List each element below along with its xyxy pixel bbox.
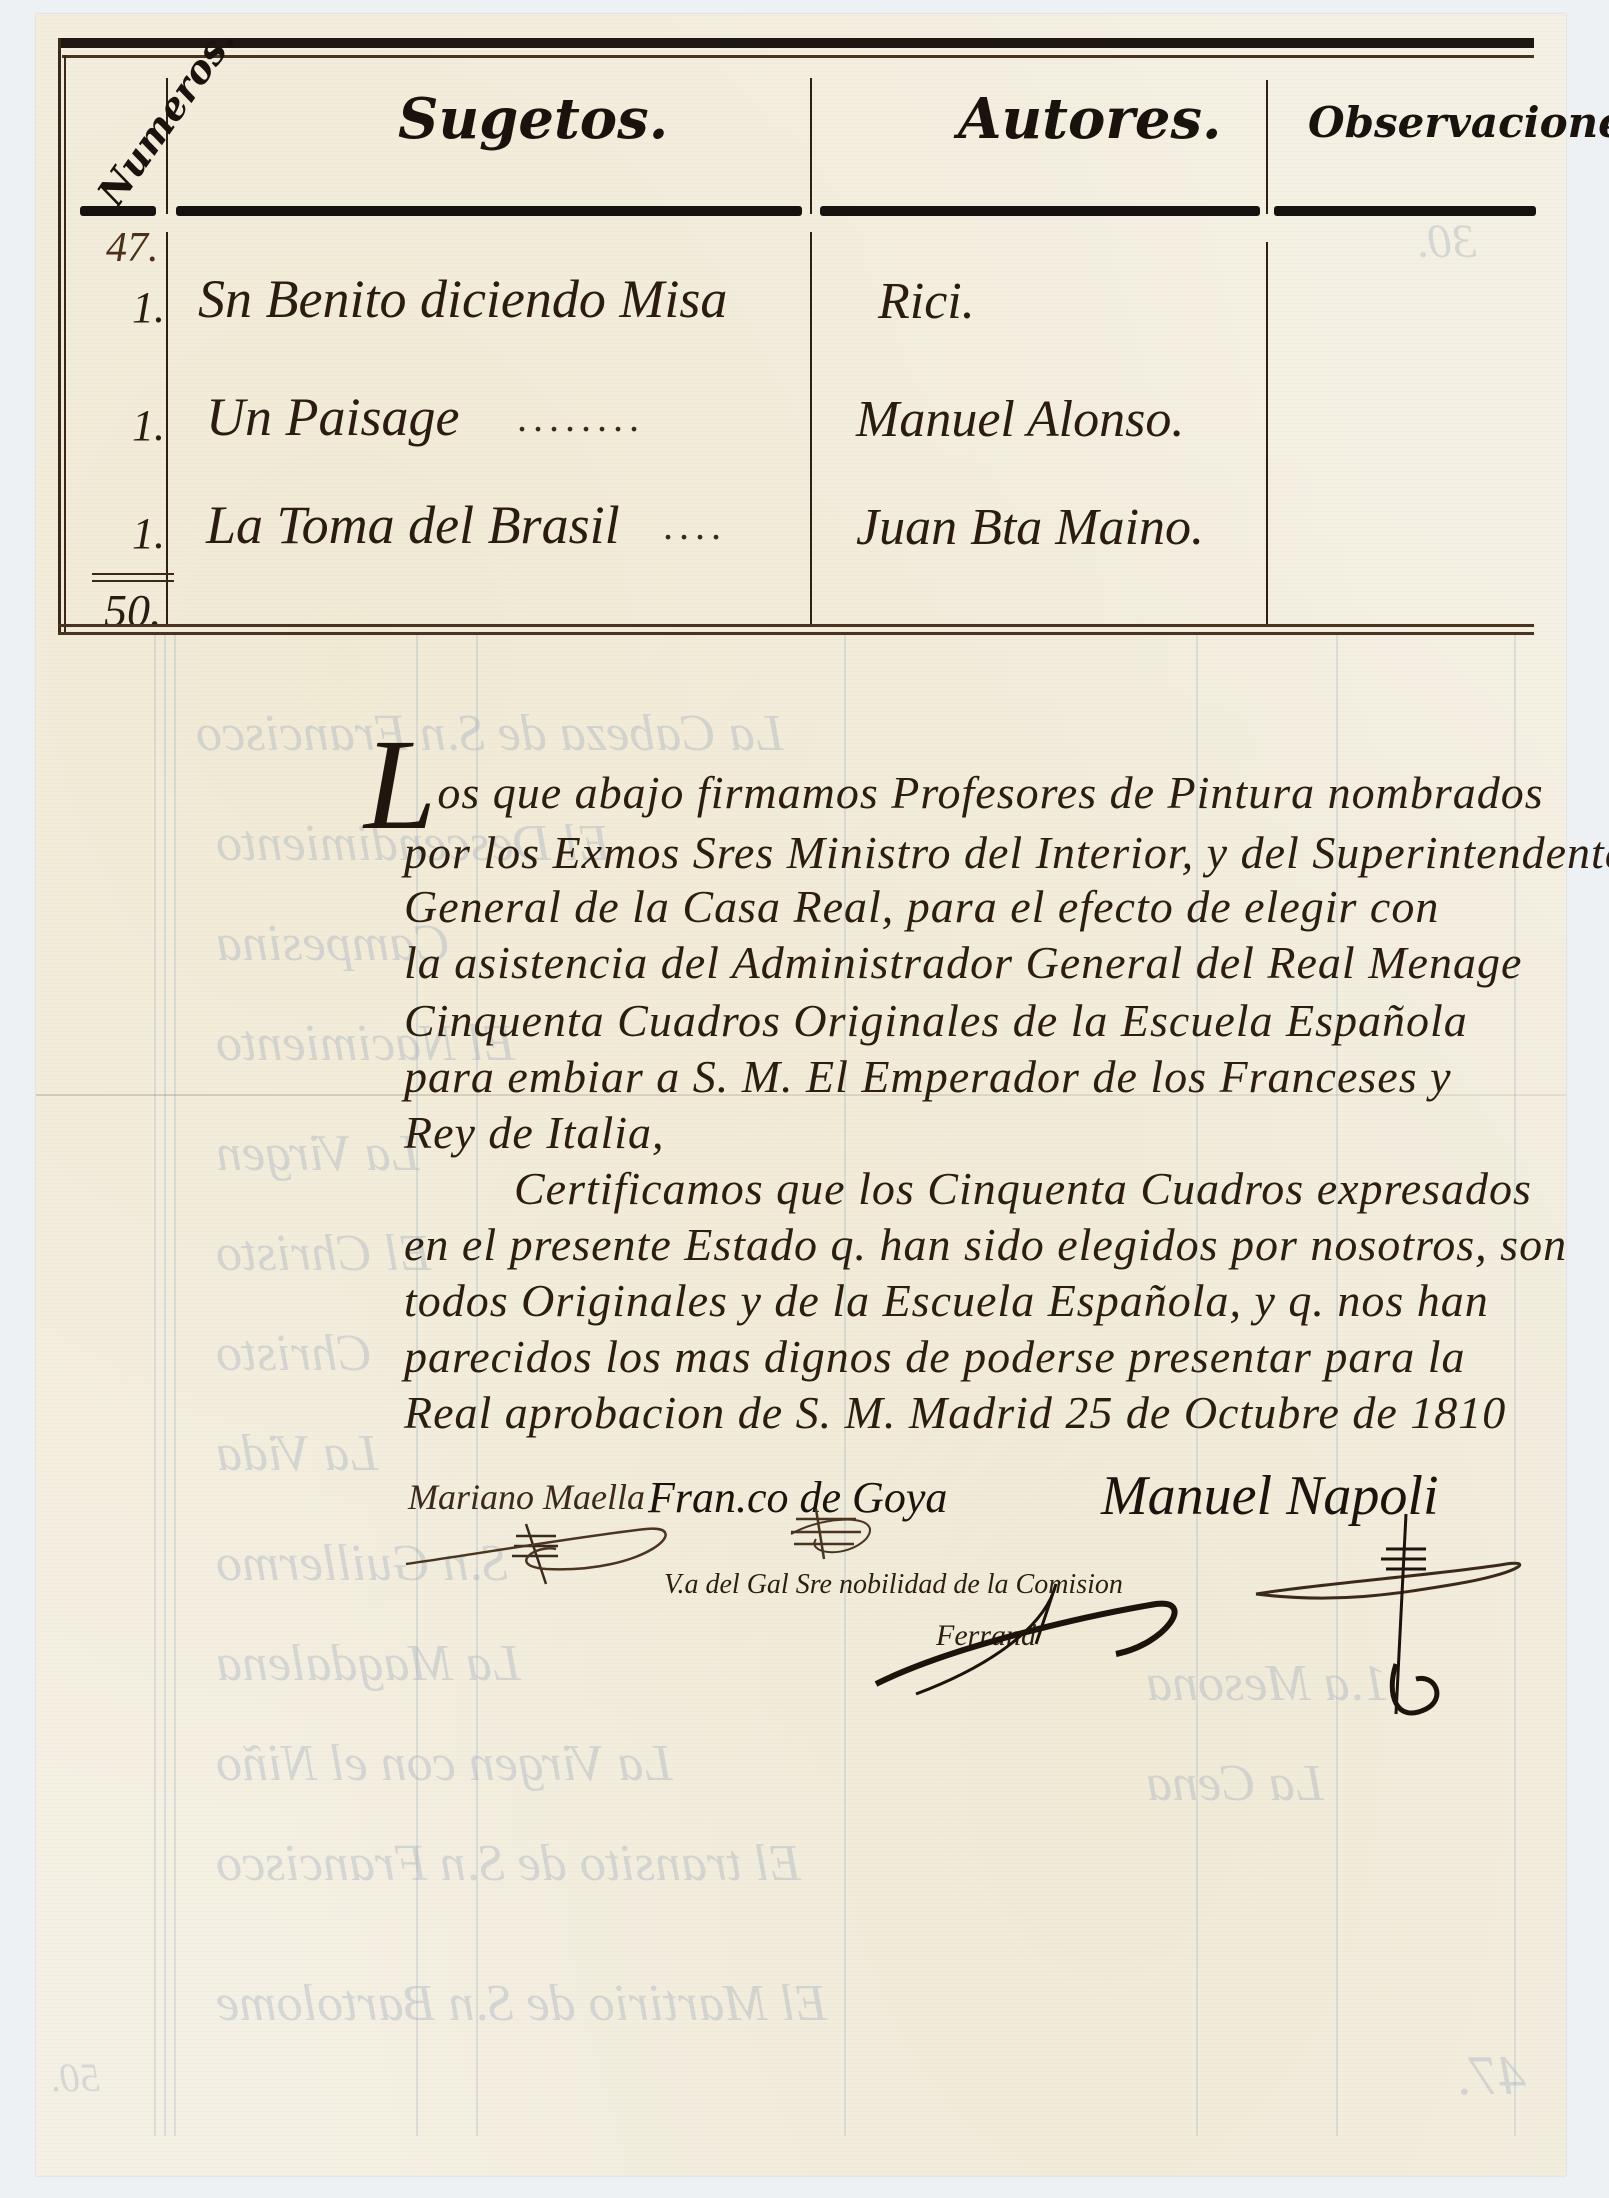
header-autores: Autores. [958,86,1222,152]
grand-total: 50. [104,584,162,637]
signature-rubric-icon [396,1494,1596,1754]
cert-line-6: para embiar a S. M. El Emperador de los … [404,1050,1452,1103]
dotted-leader: ........ [518,394,646,441]
cert-line-7: Rey de Italia, [404,1106,665,1159]
header-separator [820,206,1260,216]
cert-line-2: por los Exmos Sres Ministro del Interior… [404,826,1609,879]
header-separator [1274,206,1536,216]
row-author: Juan Bta Maino. [856,498,1204,557]
total-underline [92,573,174,575]
paintings-table: Numeros. Sugetos. Autores. Observaciones… [48,28,1546,638]
cert-line-11: parecidos los mas dignos de poderse pres… [404,1330,1466,1383]
table-top-border [58,38,1534,48]
cert-line-5: Cinquenta Cuadros Originales de la Escue… [404,994,1468,1047]
header-observaciones: Observaciones. [1308,98,1609,147]
column-divider [1266,242,1268,624]
bleed-through-text: La Vida [216,1424,378,1483]
cert-line-3: General de la Casa Real, para el efecto … [404,880,1439,933]
table-top-border-thin [62,55,1534,58]
document-page: La Cabeza de S.n Francisco El Descendimi… [36,14,1566,2176]
table-bottom-border [58,624,1534,627]
row-subject: La Toma del Brasil [206,494,620,556]
cert-line-4: la asistencia del Administrador General … [404,936,1522,989]
cert-line-12: Real aprobacion de S. M. Madrid 25 de Oc… [404,1386,1506,1439]
bleed-through-text: El Martirio de S.n Bartolome [216,1974,827,2033]
table-left-border [58,38,61,634]
dotted-leader: .... [664,502,728,549]
bleed-through-number: 30. [1416,214,1476,269]
bleed-through-rule [154,634,156,2136]
cert-line-10: todos Originales y de la Escuela Español… [404,1274,1489,1327]
row-author: Rici. [878,272,975,331]
bleed-through-text: El transito de S.n Francisco [216,1834,801,1893]
total-underline [92,580,174,582]
header-separator [176,206,802,216]
bleed-through-text: La Virgen [216,1124,420,1183]
bleed-through-text: El Christo [216,1224,431,1283]
column-divider [810,78,812,214]
header-sujetos: Sugetos. [398,86,668,152]
row-subject: Sn Benito diciendo Misa [198,268,727,330]
bleed-through-rule [164,634,166,2136]
table-bottom-border [58,632,1534,635]
row-subject: Un Paisage [206,386,459,448]
carried-total: 47. [106,224,159,272]
row-number: 1. [132,508,165,559]
table-left-border-inner [64,55,66,634]
row-number: 1. [132,400,165,451]
bleed-through-text: Christo [216,1324,372,1383]
column-divider [810,232,812,624]
cert-line-8: Certificamos que los Cinquenta Cuadros e… [514,1162,1532,1215]
column-divider [166,232,168,624]
cert-line-9: en el presente Estado q. han sido elegid… [404,1218,1567,1271]
bleed-through-rule [174,634,176,2136]
bleed-through-number: 50. [50,2054,100,2101]
bleed-through-number: 47. [1456,2044,1526,2108]
row-number: 1. [132,282,165,333]
row-author: Manuel Alonso. [856,390,1184,449]
column-divider [1266,80,1268,214]
bleed-through-text: La Cena [1146,1754,1324,1813]
